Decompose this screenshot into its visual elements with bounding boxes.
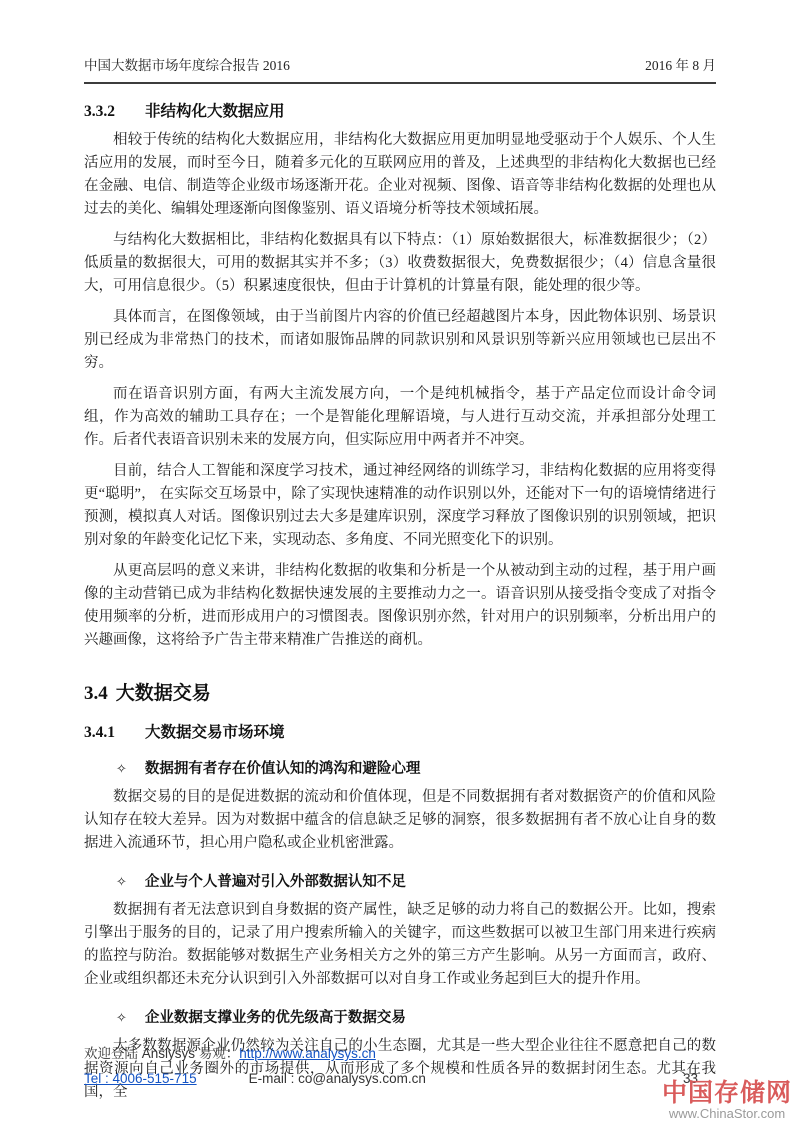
paragraph: 从更高层吗的意义来讲，非结构化数据的收集和分析是一个从被动到主动的过程，基于用户… <box>84 560 716 652</box>
bullet-item-title: ✧ 企业数据支撑业务的优先级高于数据交易 <box>84 1006 716 1027</box>
header-date: 2016 年 8 月 <box>645 54 716 74</box>
diamond-bullet-icon: ✧ <box>116 1010 127 1026</box>
paragraph: 目前，结合人工智能和深度学习技术，通过神经网络的训练学习，非结构化数据的应用将变… <box>84 460 716 552</box>
section-heading-332: 3.3.2非结构化大数据应用 <box>84 99 716 121</box>
page-header: 中国大数据市场年度综合报告 2016 2016 年 8 月 <box>84 54 716 84</box>
paragraph: 相较于传统的结构化大数据应用，非结构化大数据应用更加明显地受驱动于个人娱乐、个人… <box>84 129 716 221</box>
footer-contact-line: Tel : 4006-515-715 E-mail : co@analysys.… <box>84 1071 716 1086</box>
diamond-bullet-icon: ✧ <box>116 761 127 777</box>
section-title: 大数据交易 <box>116 683 211 704</box>
header-report-title: 中国大数据市场年度综合报告 2016 <box>84 54 290 74</box>
paragraph: 与结构化大数据相比，非结构化数据具有以下特点：（1）原始数据很大，标准数据很少；… <box>84 229 716 298</box>
paragraph: 而在语音识别方面，有两大主流发展方向，一个是纯机械指令，基于产品定位而设计命令词… <box>84 383 716 452</box>
paragraph: 数据交易的目的是促进数据的流动和价值体现，但是不同数据拥有者对数据资产的价值和风… <box>84 786 716 855</box>
paragraph: 数据拥有者无法意识到自身数据的资产属性，缺乏足够的动力将自己的数据公开。比如，搜… <box>84 899 716 991</box>
footer-welcome-line: 欢迎登陆 Anslysys 易观：http://www.analysys.cn <box>84 1042 716 1062</box>
chinastor-watermark: 中国存储网 www.ChinaStor.com <box>662 1080 792 1121</box>
tel-link[interactable]: Tel : 4006-515-715 <box>84 1071 197 1086</box>
watermark-site-name: 中国存储网 <box>662 1080 792 1106</box>
section-number: 3.3.2 <box>84 103 115 120</box>
footer-welcome-text: 欢迎登陆 Anslysys 易观： <box>84 1046 239 1061</box>
section-title: 大数据交易市场环境 <box>145 724 285 741</box>
paragraph: 具体而言，在图像领域，由于当前图片内容的价值已经超越图片本身，因此物体识别、场景… <box>84 306 716 375</box>
bullet-title-text: 企业与个人普遍对引入外部数据认知不足 <box>145 870 406 891</box>
bullet-item-title: ✧ 数据拥有者存在价值认知的鸿沟和避险心理 <box>84 757 716 778</box>
diamond-bullet-icon: ✧ <box>116 874 127 890</box>
bullet-title-text: 数据拥有者存在价值认知的鸿沟和避险心理 <box>145 757 421 778</box>
section-number: 3.4.1 <box>84 724 115 741</box>
watermark-site-url: www.ChinaStor.com <box>662 1107 792 1121</box>
bullet-title-text: 企业数据支撑业务的优先级高于数据交易 <box>145 1006 406 1027</box>
website-link[interactable]: http://www.analysys.cn <box>239 1046 376 1061</box>
bullet-item-title: ✧ 企业与个人普遍对引入外部数据认知不足 <box>84 870 716 891</box>
email-text: E-mail : co@analysys.com.cn <box>249 1071 426 1086</box>
page-content: 中国大数据市场年度综合报告 2016 2016 年 8 月 3.3.2非结构化大… <box>0 0 800 1104</box>
report-page: 中国大数据市场年度综合报告 2016 2016 年 8 月 3.3.2非结构化大… <box>0 0 800 1131</box>
section-heading-341: 3.4.1大数据交易市场环境 <box>84 720 716 742</box>
section-number: 3.4 <box>84 683 108 704</box>
section-heading-34: 3.4大数据交易 <box>84 678 716 705</box>
section-title: 非结构化大数据应用 <box>145 103 285 120</box>
page-footer: 欢迎登陆 Anslysys 易观：http://www.analysys.cn … <box>84 1042 716 1086</box>
